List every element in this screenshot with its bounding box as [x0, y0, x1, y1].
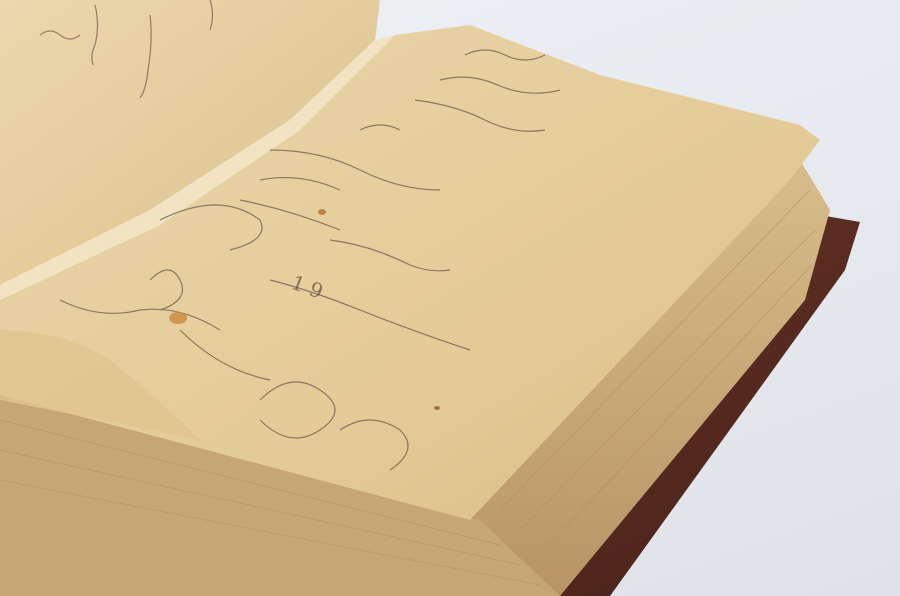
book-photo: 1 9: [0, 0, 900, 596]
page-stain: [434, 406, 440, 410]
page-stain: [169, 312, 187, 324]
book-illustration: 1 9: [0, 0, 900, 596]
page-stain: [318, 209, 326, 215]
